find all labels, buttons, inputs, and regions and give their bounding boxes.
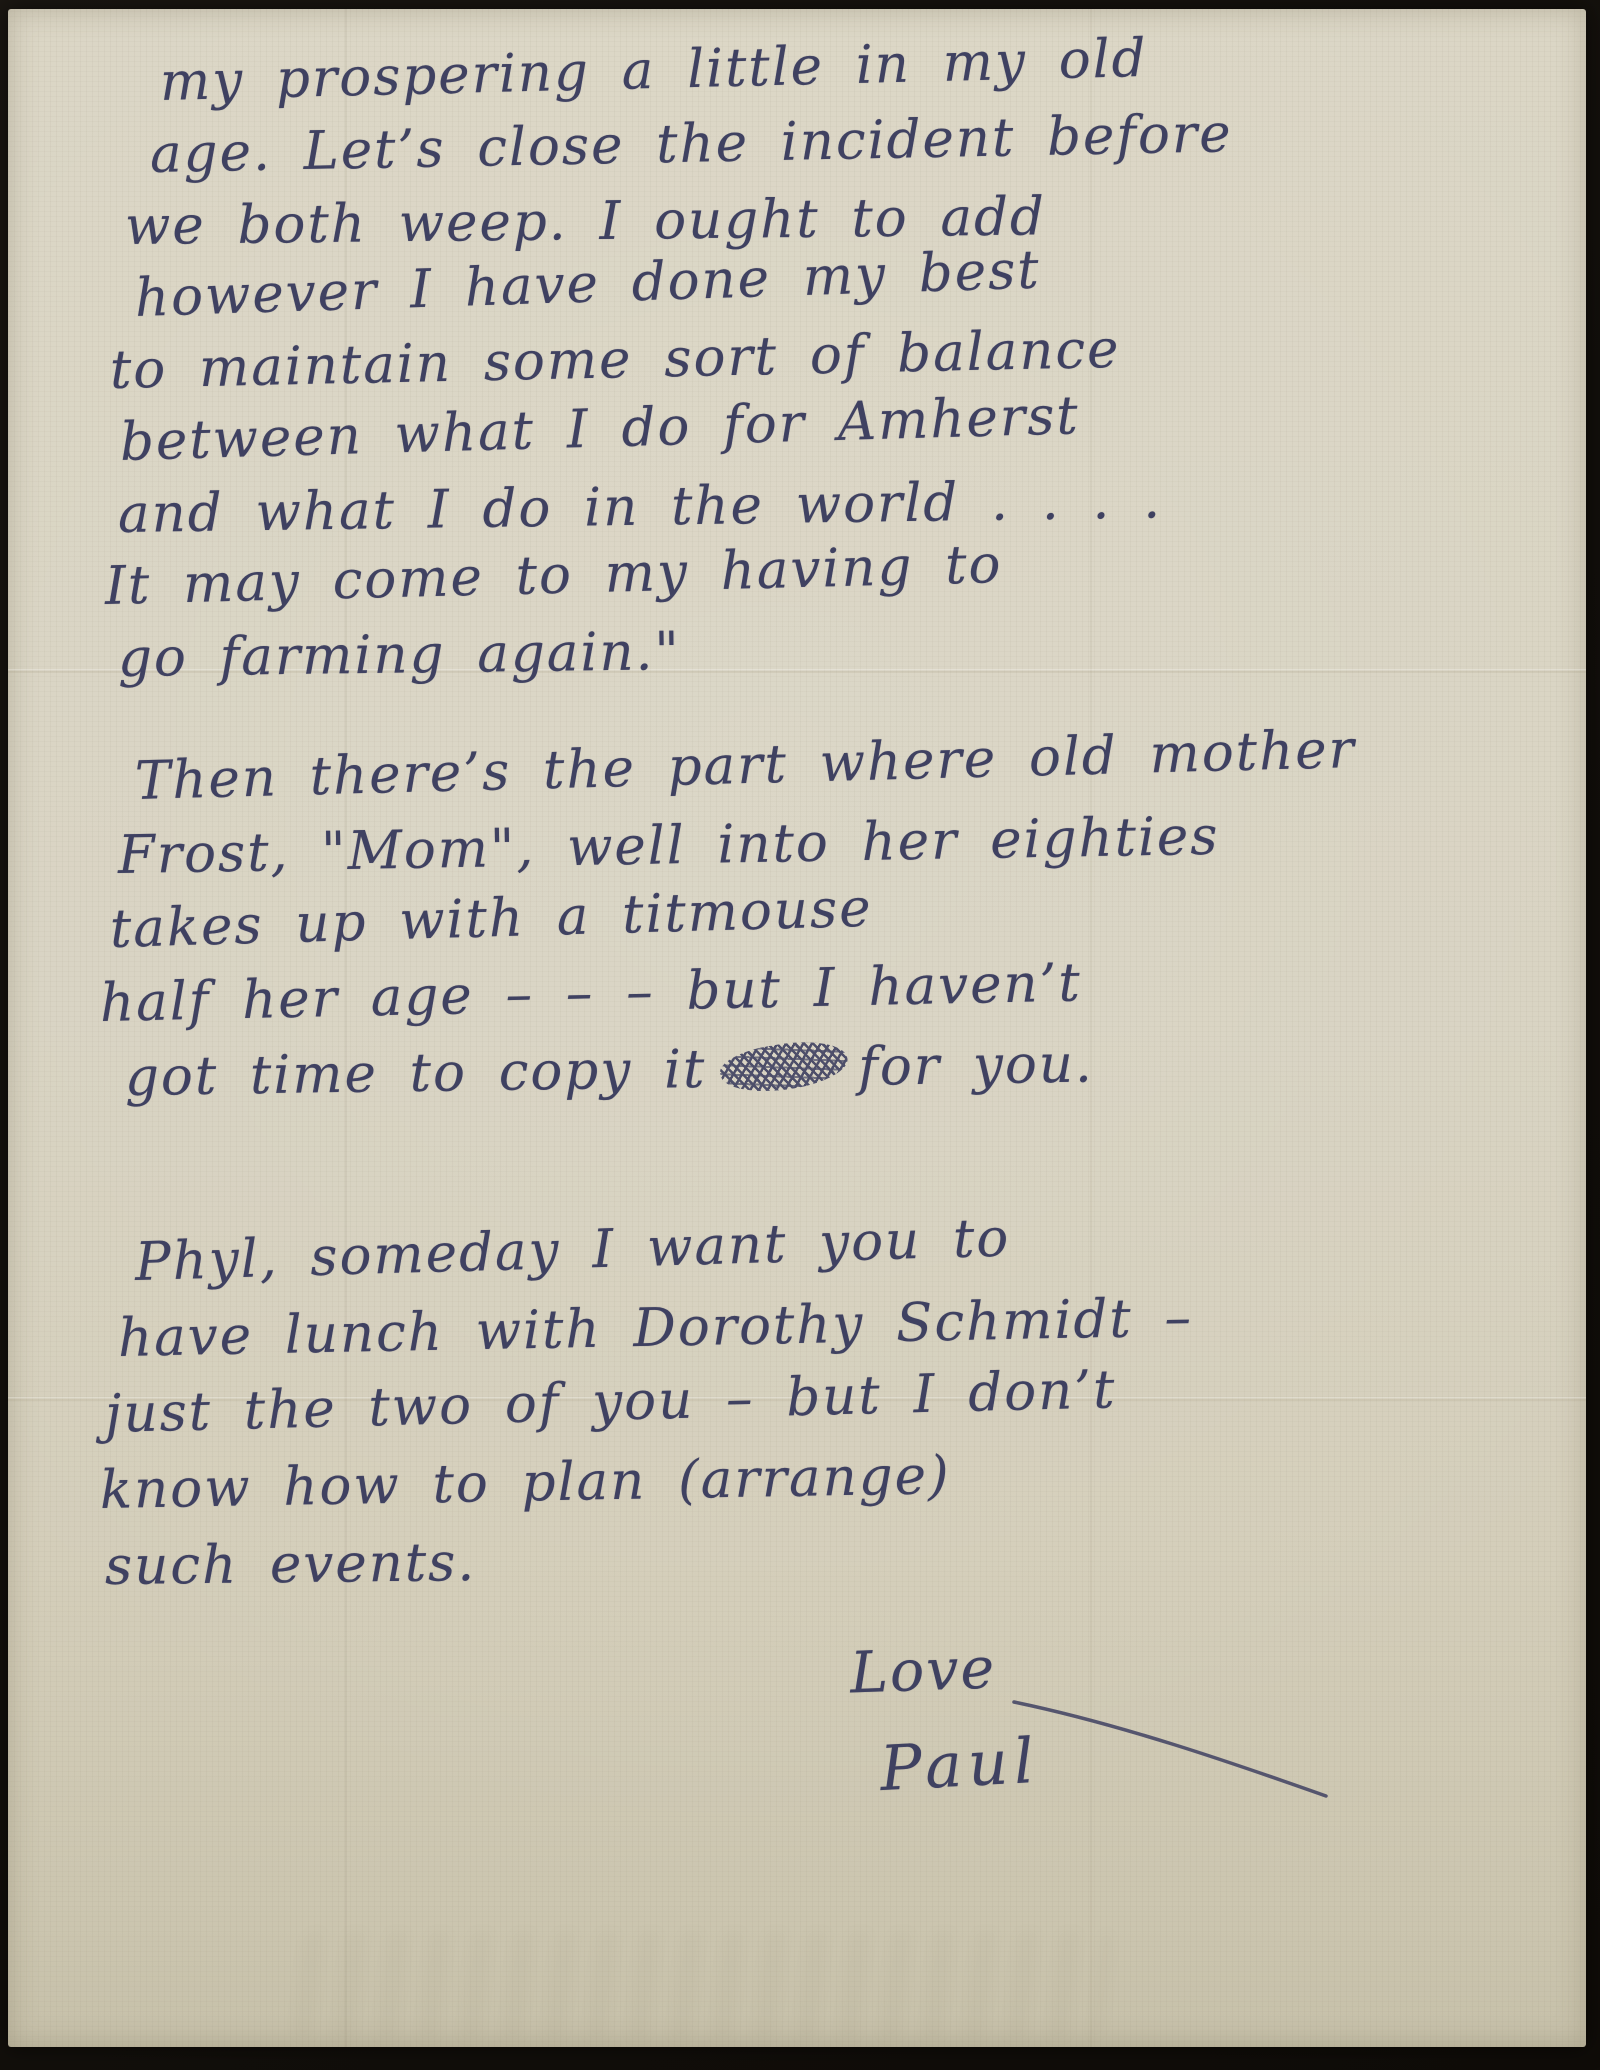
signature-flourish bbox=[1000, 1690, 1340, 1820]
handwritten-line: got time to copy itfor you. bbox=[124, 1024, 1356, 1115]
handwritten-line-segment: got time to copy it bbox=[125, 1039, 707, 1108]
letter-paragraph-2: Then there’s the part where old mother F… bbox=[100, 745, 1356, 1115]
letter-paper: my prospering a little in my old age. Le… bbox=[8, 9, 1586, 2047]
handwritten-line: such events. bbox=[105, 1518, 1194, 1605]
handwritten-line: go farming again." bbox=[118, 609, 1234, 695]
letter-paragraph-3: Phyl, someday I want you to have lunch w… bbox=[100, 1225, 1193, 1605]
letter-paragraph-1: my prospering a little in my old age. Le… bbox=[105, 47, 1233, 695]
valediction: Love bbox=[849, 1635, 997, 1706]
crossed-out-scribble-icon bbox=[717, 1033, 851, 1100]
scan-background: my prospering a little in my old age. Le… bbox=[0, 0, 1600, 2070]
signature: Paul bbox=[878, 1724, 1041, 1805]
handwritten-line-segment: for you. bbox=[858, 1033, 1094, 1097]
handwritten-letter: my prospering a little in my old age. Le… bbox=[8, 9, 1586, 2047]
